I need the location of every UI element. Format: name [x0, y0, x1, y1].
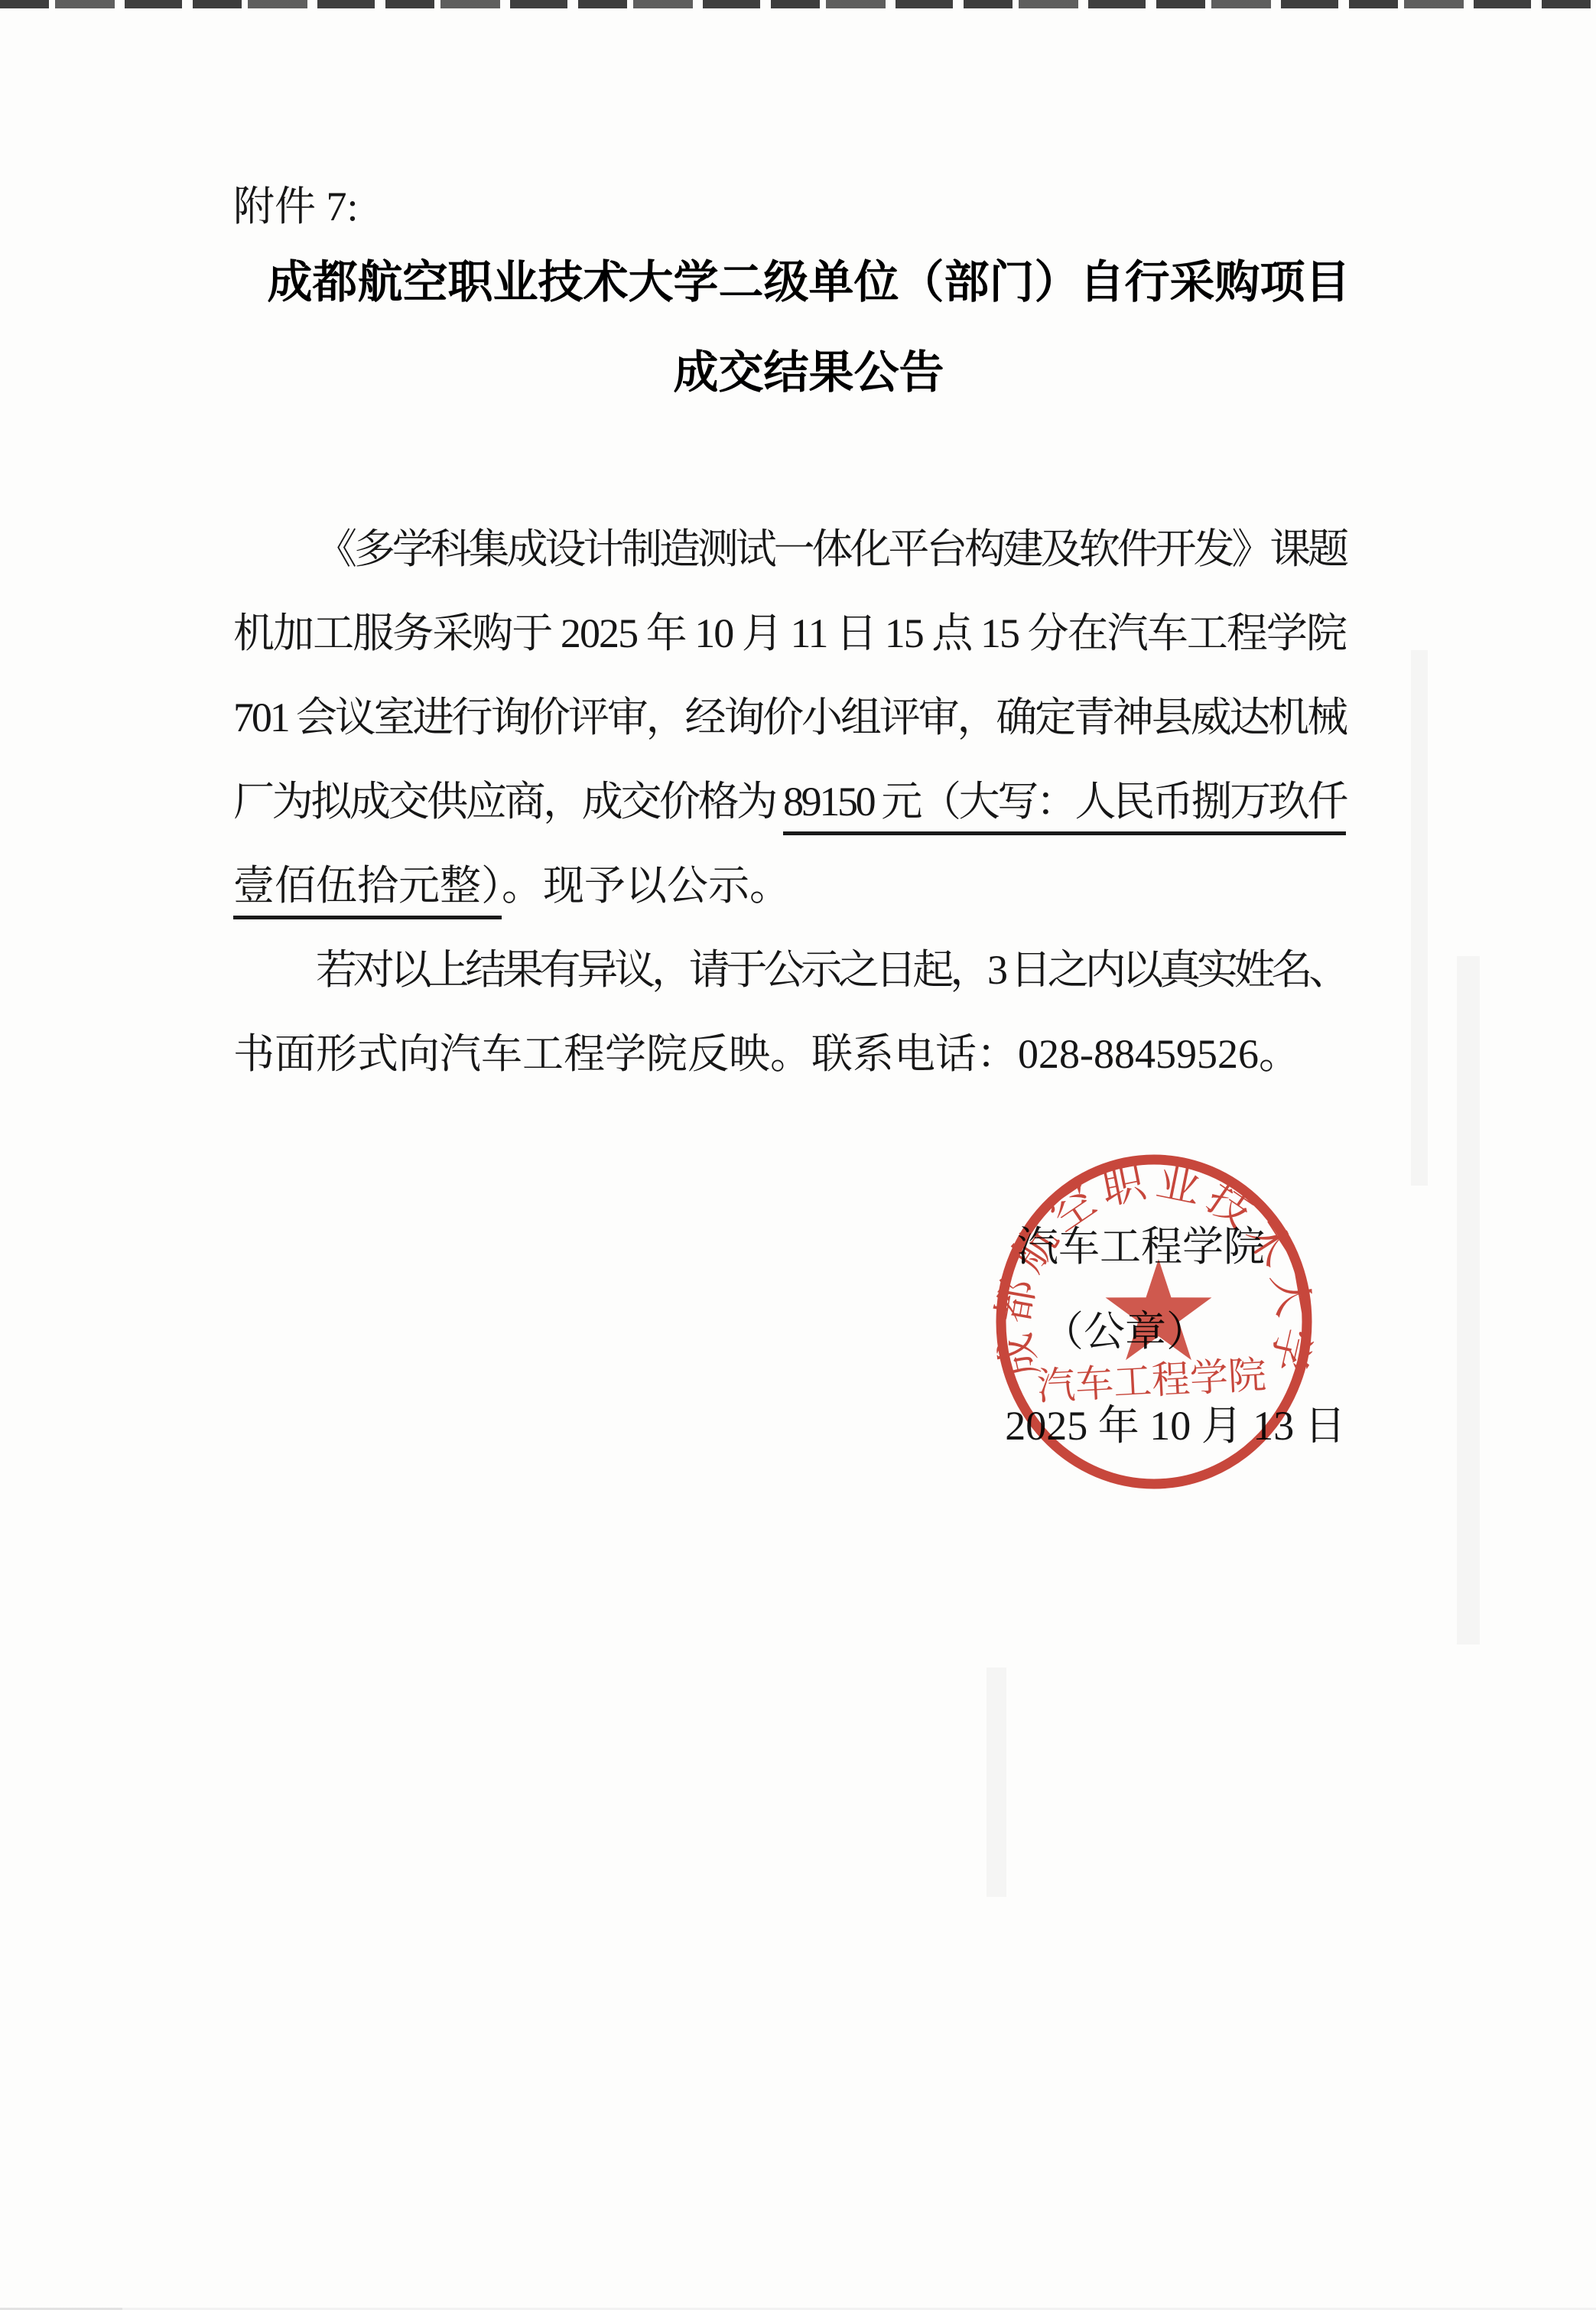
text-run: 。现予以公示。: [502, 863, 791, 909]
body-line: 《多学科集成设计制造测试一体化平台构建及软件开发》课题: [233, 506, 1346, 591]
attachment-label: 附件 7:: [233, 184, 359, 229]
body-lines: 《多学科集成设计制造测试一体化平台构建及软件开发》课题机加工服务采购于 2025…: [233, 506, 1346, 1095]
text-run: 机加工服务采购于 2025 年 10 月 11 日 15 点 15 分在汽车工程…: [233, 610, 1346, 656]
body-line-text: 机加工服务采购于 2025 年 10 月 11 日 15 点 15 分在汽车工程…: [233, 610, 1346, 656]
text-run: 若对以上结果有异议，请于公示之日起，3 日之内以真实姓名、: [316, 947, 1346, 993]
text-run: 《多学科集成设计制造测试一体化平台构建及软件开发》课题: [316, 526, 1346, 572]
official-seal: 成都航空职业技术大学 汽车工程学院: [983, 1146, 1327, 1498]
underlined-text: 89150 元（大写：人民币捌万玖仟: [783, 779, 1346, 835]
scanned-document-page: 附件 7: 成都航空职业技术大学二级单位（部门）自行采购项目 成交结果公告 《多…: [0, 0, 1596, 2310]
seal-star-icon: [1106, 1259, 1212, 1360]
body-line-text: 书面形式向汽车工程学院反映。联系电话：028-88459526。: [233, 1031, 1300, 1077]
body-line: 厂为拟成交供应商，成交价格为 89150 元（大写：人民币捌万玖仟: [233, 759, 1346, 843]
text-run: 书面形式向汽车工程学院反映。联系电话：028-88459526。: [233, 1031, 1300, 1077]
scanner-streak: [1411, 650, 1428, 1186]
body-line-text: 若对以上结果有异议，请于公示之日起，3 日之内以真实姓名、: [316, 947, 1346, 993]
underlined-text: 壹佰伍拾元整）: [233, 863, 502, 919]
body-line-text: 壹佰伍拾元整）。现予以公示。: [233, 863, 791, 919]
scanner-streak: [987, 1667, 1006, 1897]
scanner-streak: [1457, 956, 1480, 1645]
body-line-text: 厂为拟成交供应商，成交价格为 89150 元（大写：人民币捌万玖仟: [233, 779, 1346, 835]
document-title-line2: 成交结果公告: [252, 348, 1365, 397]
document-title-line1: 成都航空职业技术大学二级单位（部门）自行采购项目: [252, 258, 1365, 307]
body-line-text: 701 会议室进行询价评审，经询价小组评审，确定青神县威达机械: [233, 695, 1346, 740]
body-line: 书面形式向汽车工程学院反映。联系电话：028-88459526。: [233, 1011, 1346, 1095]
scanner-artifact-top-band: [0, 0, 1596, 8]
seal-bottom-text: 汽车工程学院: [1036, 1353, 1268, 1408]
text-run: 701 会议室进行询价评审，经询价小组评审，确定青神县威达机械: [233, 695, 1346, 740]
seal-ring-text: 成都航空职业技术大学: [989, 1157, 1320, 1383]
body-line: 壹佰伍拾元整）。现予以公示。: [233, 843, 1346, 927]
body-line: 701 会议室进行询价评审，经询价小组评审，确定青神县威达机械: [233, 675, 1346, 759]
text-run: 厂为拟成交供应商，成交价格为: [233, 779, 783, 825]
body-line: 机加工服务采购于 2025 年 10 月 11 日 15 点 15 分在汽车工程…: [233, 591, 1346, 675]
body-line-text: 《多学科集成设计制造测试一体化平台构建及软件开发》课题: [316, 526, 1346, 572]
body-line: 若对以上结果有异议，请于公示之日起，3 日之内以真实姓名、: [233, 927, 1346, 1011]
